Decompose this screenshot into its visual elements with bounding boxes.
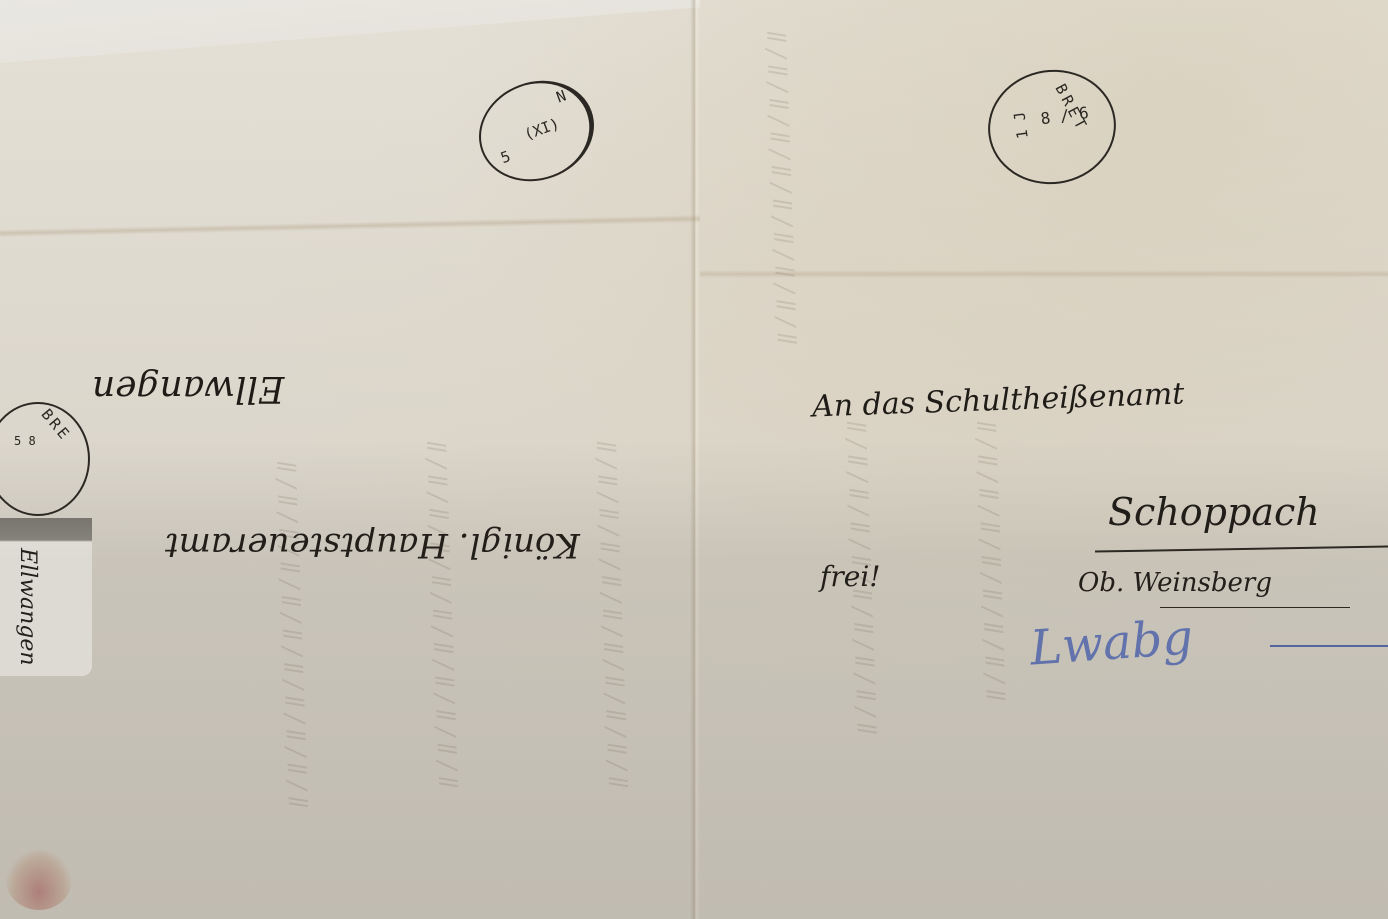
blue-pencil-stroke [1270,645,1388,647]
postmark-date-text: 1 J [1010,111,1032,140]
wax-seal-residue [6,850,72,910]
franking-note: frei! [820,560,881,593]
district-underline [1160,607,1350,608]
vertical-fold-crease [690,0,700,919]
tab-writing: Ellwangen [15,548,40,666]
left-paper-tab: Ellwangen [0,518,92,676]
postmark-center-text: 5 8 [14,434,36,448]
address-line-town: Schoppach [1108,490,1320,534]
postmark-letter-text: N [554,86,569,106]
postmark-number-text: 5 [498,147,513,167]
horizontal-fold-crease-right [700,270,1388,278]
sender-place-mirrored: Ellwangen [92,368,284,409]
address-line-district: Ob. Weinsberg [1078,568,1272,598]
postmark-center-text: (XI) [522,114,562,143]
blue-pencil-annotation: Lwabg [1028,609,1195,676]
sender-office-mirrored: Königl. Hauptsteueramt [165,525,580,565]
